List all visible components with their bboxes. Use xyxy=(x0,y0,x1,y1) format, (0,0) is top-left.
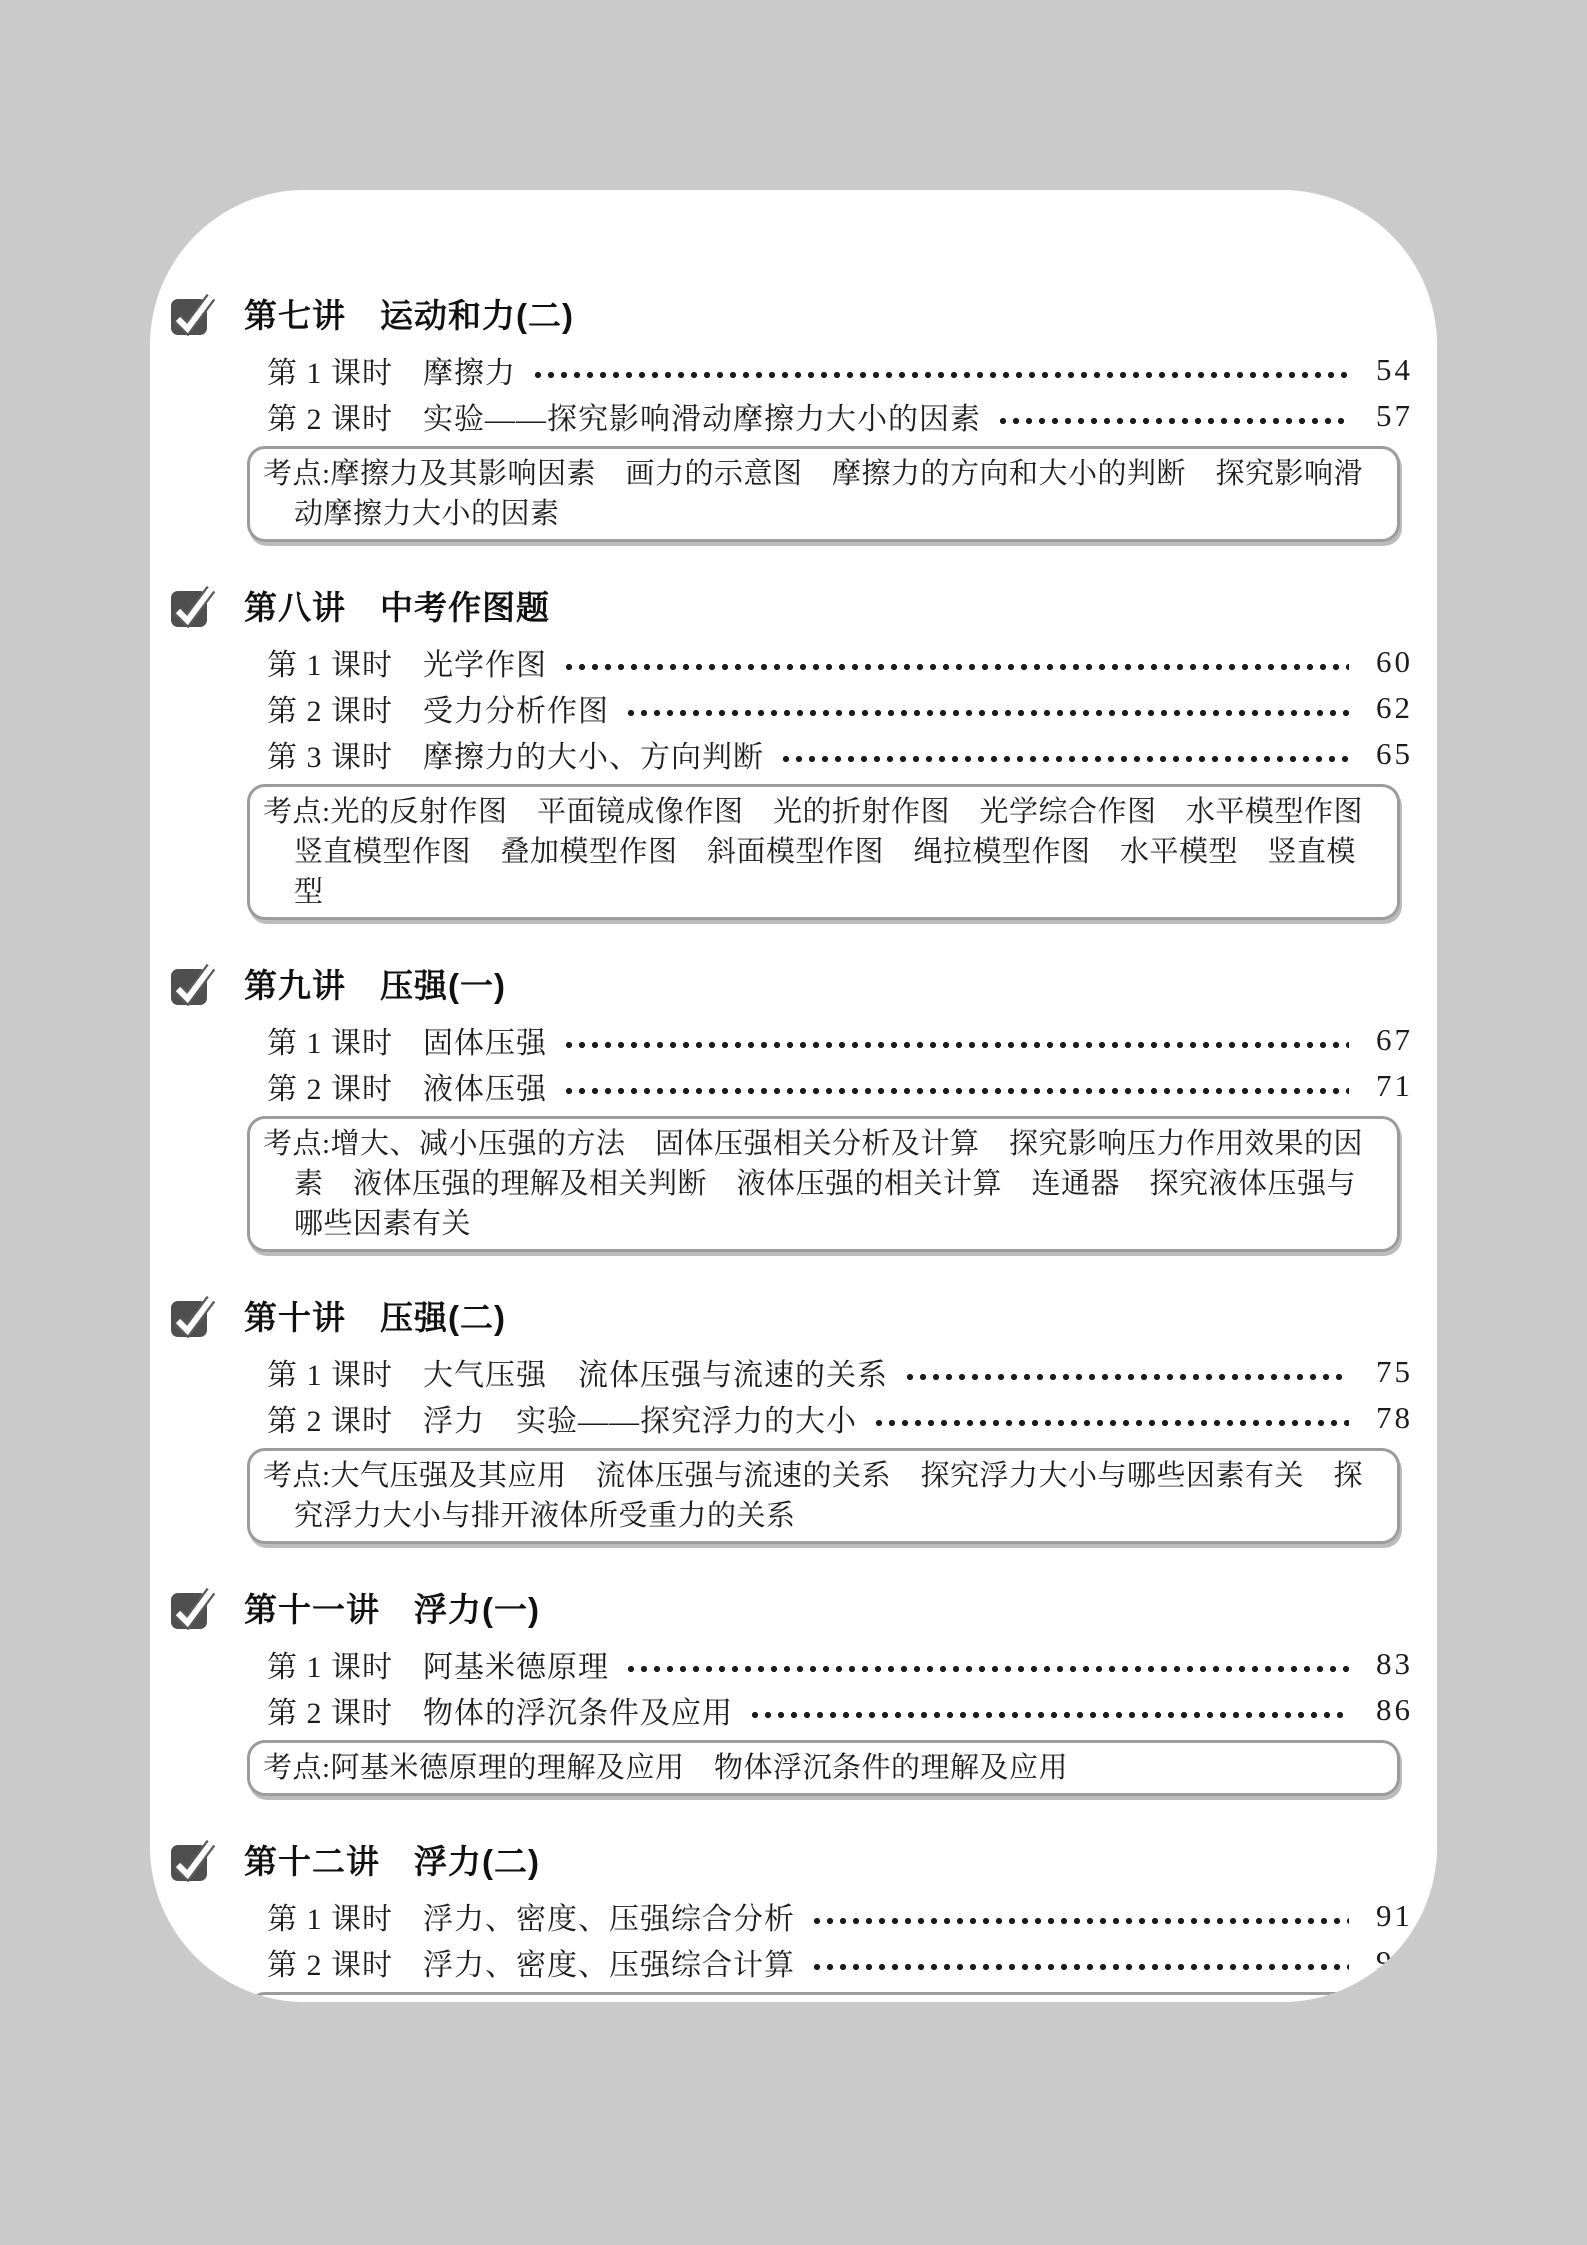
section-header: 第九讲 压强(一) xyxy=(170,960,1415,1006)
toc-entry[interactable]: 第 1 课时 大气压强 流体压强与流速的关系 75 xyxy=(267,1356,1413,1388)
page-number: 78 xyxy=(1359,1400,1413,1436)
page-number: 60 xyxy=(1359,644,1413,680)
section-header: 第十讲 压强(二) xyxy=(170,1292,1415,1338)
dotted-leader xyxy=(997,417,1349,425)
kaodian-text: 考点:阿基米德原理的理解及应用 物体浮沉条件的理解及应用 xyxy=(250,1743,1397,1793)
section-title: 第十一讲 浮力(一) xyxy=(244,1584,540,1631)
toc-entry[interactable]: 第 1 课时 浮力、密度、压强综合分析 91 xyxy=(267,1900,1413,1932)
lesson-title: 物体的浮沉条件及应用 xyxy=(423,1688,733,1732)
lesson-label: 第 2 课时 xyxy=(267,686,393,730)
dotted-leader xyxy=(811,1963,1349,1971)
dotted-leader xyxy=(532,371,1349,379)
page-number: 67 xyxy=(1359,1022,1413,1058)
dotted-leader xyxy=(749,1711,1349,1719)
lesson-title: 大气压强 流体压强与流速的关系 xyxy=(423,1350,888,1394)
kaodian-text: 考点:光的反射作图 平面镜成像作图 光的折射作图 光学综合作图 水平模型作图 竖… xyxy=(250,787,1397,917)
section-title: 第十讲 压强(二) xyxy=(244,1292,506,1339)
toc-section: 第十一讲 浮力(一) 第 1 课时 阿基米德原理 83 第 2 课时 物体的浮沉… xyxy=(170,1584,1415,1796)
lesson-label: 第 1 课时 xyxy=(267,348,393,392)
lesson-label: 第 3 课时 xyxy=(267,732,393,776)
lesson-title: 浮力、密度、压强综合分析 xyxy=(423,1894,795,1938)
dotted-leader xyxy=(780,755,1349,763)
dotted-leader xyxy=(904,1373,1349,1381)
toc-entry[interactable]: 第 2 课时 浮力 实验——探究浮力的大小 78 xyxy=(267,1402,1413,1434)
section-header: 第十一讲 浮力(一) xyxy=(170,1584,1415,1630)
toc-entry[interactable]: 第 1 课时 光学作图 60 xyxy=(267,646,1413,678)
toc-entry[interactable]: 第 1 课时 摩擦力 54 xyxy=(267,354,1413,386)
toc-content: 第七讲 运动和力(二) 第 1 课时 摩擦力 54 第 2 课时 实验——探究影… xyxy=(150,190,1437,2002)
toc-section: 第八讲 中考作图题 第 1 课时 光学作图 60 第 2 课时 受力分析作图 6… xyxy=(170,582,1415,920)
lesson-label: 第 2 课时 xyxy=(267,1688,393,1732)
section-title: 第八讲 中考作图题 xyxy=(244,582,550,629)
toc-page-card: 第七讲 运动和力(二) 第 1 课时 摩擦力 54 第 2 课时 实验——探究影… xyxy=(150,190,1437,2002)
section-title: 第十二讲 浮力(二) xyxy=(244,1836,540,1883)
page-number: 54 xyxy=(1359,352,1413,388)
page-number: 91 xyxy=(1359,1898,1413,1934)
kaodian-box: 考点:摩擦力及其影响因素 画力的示意图 摩擦力的方向和大小的判断 探究影响滑动摩… xyxy=(247,446,1400,542)
lesson-title: 受力分析作图 xyxy=(423,686,609,730)
dotted-leader xyxy=(873,1419,1349,1427)
dotted-leader xyxy=(625,1665,1349,1673)
dotted-leader xyxy=(625,709,1349,717)
lesson-label: 第 1 课时 xyxy=(267,1642,393,1686)
section-header: 第七讲 运动和力(二) xyxy=(170,290,1415,336)
lesson-title: 摩擦力 xyxy=(423,348,516,392)
toc-entry[interactable]: 第 2 课时 液体压强 71 xyxy=(267,1070,1413,1102)
kaodian-box: 考点:光的反射作图 平面镜成像作图 光的折射作图 光学综合作图 水平模型作图 竖… xyxy=(247,784,1400,920)
page-number: 75 xyxy=(1359,1354,1413,1390)
lesson-label: 第 2 课时 xyxy=(267,1940,393,1984)
dotted-leader xyxy=(811,1917,1349,1925)
toc-section: 第九讲 压强(一) 第 1 课时 固体压强 67 第 2 课时 液体压强 71 … xyxy=(170,960,1415,1252)
checkbox-checked-icon xyxy=(170,960,216,1006)
dotted-leader xyxy=(563,1041,1349,1049)
lesson-title: 浮力 实验——探究浮力的大小 xyxy=(423,1396,857,1440)
lesson-title: 固体压强 xyxy=(423,1018,547,1062)
toc-entry[interactable]: 第 2 课时 物体的浮沉条件及应用 86 xyxy=(267,1694,1413,1726)
page-number: 83 xyxy=(1359,1646,1413,1682)
lesson-label: 第 1 课时 xyxy=(267,1018,393,1062)
dotted-leader xyxy=(563,663,1349,671)
lesson-title: 光学作图 xyxy=(423,640,547,684)
kaodian-text: 考点:增大、减小压强的方法 固体压强相关分析及计算 探究影响压力作用效果的因素 … xyxy=(250,1119,1397,1249)
checkbox-checked-icon xyxy=(170,1292,216,1338)
section-header: 第十二讲 浮力(二) xyxy=(170,1836,1415,1882)
checkbox-checked-icon xyxy=(170,582,216,628)
kaodian-text: 考点:大气压强及其应用 流体压强与流速的关系 探究浮力大小与哪些因素有关 探究浮… xyxy=(250,1451,1397,1541)
page-number: 57 xyxy=(1359,398,1413,434)
kaodian-box: 考点:增大、减小压强的方法 固体压强相关分析及计算 探究影响压力作用效果的因素 … xyxy=(247,1116,1400,1252)
kaodian-text: 考点:同一物体,同一液体 同一物体,不同液体 不同物体,同种液体 漂浮、悬浮类 … xyxy=(250,1995,1397,2002)
page-number: 71 xyxy=(1359,1068,1413,1104)
section-title: 第七讲 运动和力(二) xyxy=(244,290,574,337)
lesson-label: 第 1 课时 xyxy=(267,1894,393,1938)
checkbox-checked-icon xyxy=(170,1584,216,1630)
kaodian-text: 考点:摩擦力及其影响因素 画力的示意图 摩擦力的方向和大小的判断 探究影响滑动摩… xyxy=(250,449,1397,539)
toc-section: 第十二讲 浮力(二) 第 1 课时 浮力、密度、压强综合分析 91 第 2 课时… xyxy=(170,1836,1415,2002)
checkbox-checked-icon xyxy=(170,1836,216,1882)
lesson-label: 第 2 课时 xyxy=(267,1064,393,1108)
page-number: 65 xyxy=(1359,736,1413,772)
toc-entry[interactable]: 第 2 课时 实验——探究影响滑动摩擦力大小的因素 57 xyxy=(267,400,1413,432)
dotted-leader xyxy=(563,1087,1349,1095)
lesson-title: 实验——探究影响滑动摩擦力大小的因素 xyxy=(423,394,981,438)
toc-entry[interactable]: 第 1 课时 固体压强 67 xyxy=(267,1024,1413,1056)
toc-section: 第十讲 压强(二) 第 1 课时 大气压强 流体压强与流速的关系 75 第 2 … xyxy=(170,1292,1415,1544)
checkbox-checked-icon xyxy=(170,290,216,336)
section-header: 第八讲 中考作图题 xyxy=(170,582,1415,628)
toc-entry[interactable]: 第 1 课时 阿基米德原理 83 xyxy=(267,1648,1413,1680)
kaodian-box: 考点:大气压强及其应用 流体压强与流速的关系 探究浮力大小与哪些因素有关 探究浮… xyxy=(247,1448,1400,1544)
lesson-title: 摩擦力的大小、方向判断 xyxy=(423,732,764,776)
lesson-label: 第 1 课时 xyxy=(267,1350,393,1394)
toc-entry[interactable]: 第 2 课时 浮力、密度、压强综合计算 94 xyxy=(267,1946,1413,1978)
page-number: 62 xyxy=(1359,690,1413,726)
lesson-label: 第 1 课时 xyxy=(267,640,393,684)
page-number: 86 xyxy=(1359,1692,1413,1728)
toc-section: 第七讲 运动和力(二) 第 1 课时 摩擦力 54 第 2 课时 实验——探究影… xyxy=(170,290,1415,542)
kaodian-box: 考点:阿基米德原理的理解及应用 物体浮沉条件的理解及应用 xyxy=(247,1740,1400,1796)
kaodian-box: 考点:同一物体,同一液体 同一物体,不同液体 不同物体,同种液体 漂浮、悬浮类 … xyxy=(247,1992,1400,2002)
lesson-title: 浮力、密度、压强综合计算 xyxy=(423,1940,795,1984)
toc-entry[interactable]: 第 3 课时 摩擦力的大小、方向判断 65 xyxy=(267,738,1413,770)
lesson-title: 液体压强 xyxy=(423,1064,547,1108)
lesson-title: 阿基米德原理 xyxy=(423,1642,609,1686)
page-number: 94 xyxy=(1359,1944,1413,1980)
lesson-label: 第 2 课时 xyxy=(267,1396,393,1440)
toc-entry[interactable]: 第 2 课时 受力分析作图 62 xyxy=(267,692,1413,724)
section-title: 第九讲 压强(一) xyxy=(244,960,506,1007)
lesson-label: 第 2 课时 xyxy=(267,394,393,438)
